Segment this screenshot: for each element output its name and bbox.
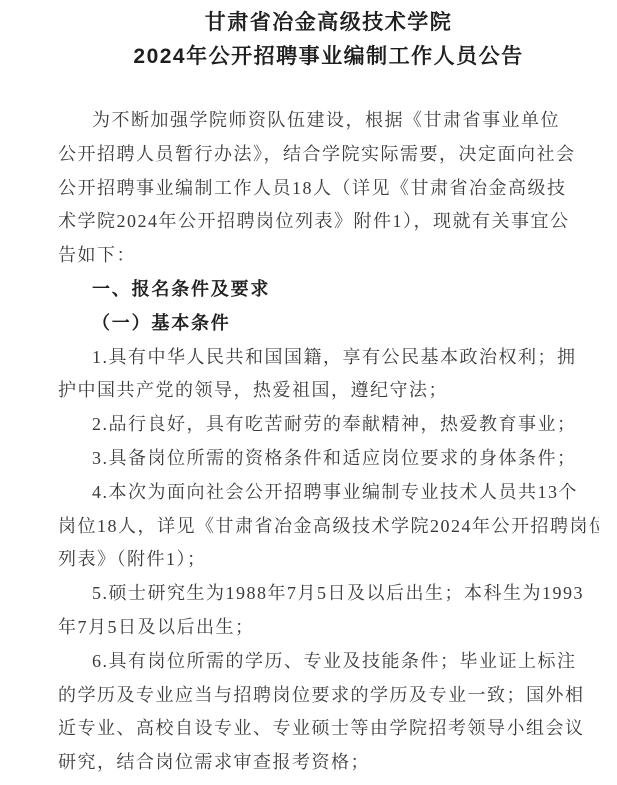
item-5-line: 5.硕士研究生为1988年7月5日及以后出生；本科生为1993 [58,577,599,611]
item-4-line: 列表》（附件1）； [58,543,599,577]
document-title: 甘肃省冶金高级技术学院 [58,6,599,40]
item-6-line: 6.具有岗位所需的学历、专业及技能条件；毕业证上标注 [58,645,599,679]
item-3-line: 3.具备岗位所需的资格条件和适应岗位要求的身体条件； [58,442,599,476]
item-5-line: 年7月5日及以后出生； [58,611,599,645]
document-page: 甘肃省冶金高级技术学院 2024年公开招聘事业编制工作人员公告 为不断加强学院师… [0,0,617,785]
item-2-line: 2.品行良好，具有吃苦耐劳的奉献精神，热爱教育事业； [58,408,599,442]
item-4-line: 岗位18人，详见《甘肃省冶金高级技术学院2024年公开招聘岗位 [58,510,599,544]
item-4-line: 4.本次为面向社会公开招聘事业编制专业技术人员共13个 [58,476,599,510]
section-heading: 一、报名条件及要求 [58,273,599,307]
item-1-line: 1.具有中华人民共和国国籍，享有公民基本政治权利；拥 [58,341,599,375]
intro-paragraph-line: 公开招聘人员暂行办法》，结合学院实际需要，决定面向社会 [58,138,599,172]
document-subtitle: 2024年公开招聘事业编制工作人员公告 [58,40,599,74]
intro-paragraph-line: 术学院2024年公开招聘岗位列表》附件1），现就有关事宜公 [58,205,599,239]
item-6-line: 近专业、高校自设专业、专业硕士等由学院招考领导小组会议 [58,712,599,746]
item-1-line: 护中国共产党的领导，热爱祖国，遵纪守法； [58,374,599,408]
intro-paragraph-line: 公开招聘事业编制工作人员18人（详见《甘肃省冶金高级技 [58,172,599,206]
intro-paragraph-line: 为不断加强学院师资队伍建设，根据《甘肃省事业单位 [58,104,599,138]
intro-paragraph-line: 告如下： [58,239,599,273]
item-6-line: 的学历及专业应当与招聘岗位要求的学历及专业一致；国外相 [58,679,599,713]
title-spacer [58,74,599,104]
subsection-heading: （一）基本条件 [58,307,599,341]
item-6-line: 研究，结合岗位需求审查报考资格； [58,746,599,780]
